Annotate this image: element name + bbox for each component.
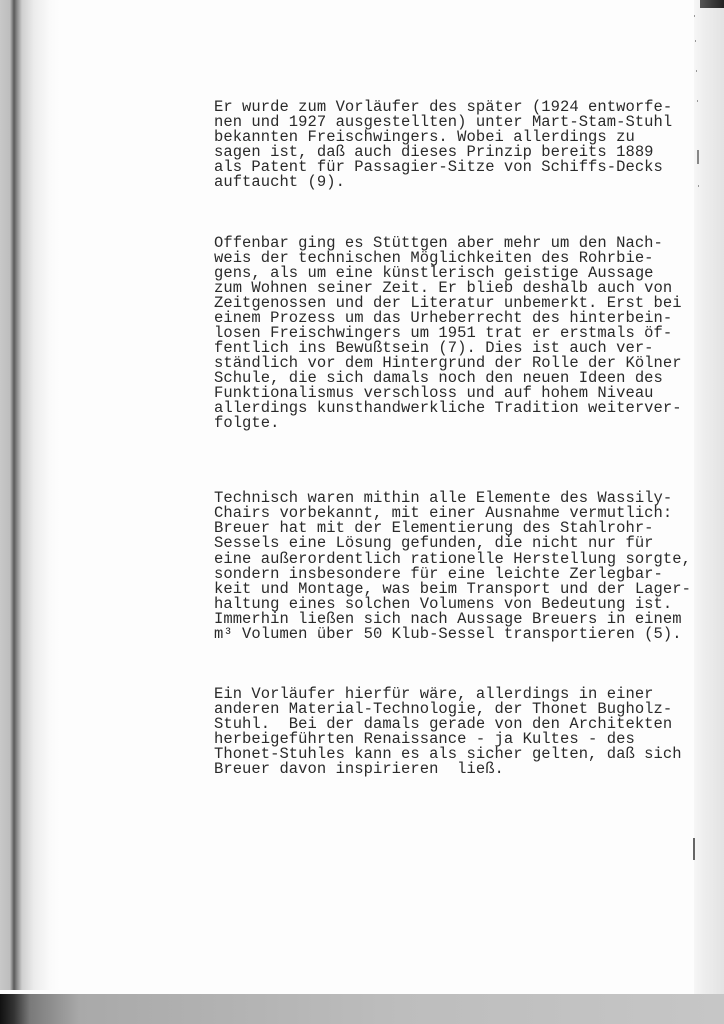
scanned-page: Er wurde zum Vorläufer des später (1924 …	[0, 0, 724, 1024]
paragraph: Er wurde zum Vorläufer des später (1924 …	[214, 100, 694, 190]
scan-speck	[694, 15, 695, 17]
page-corner-shadow	[700, 0, 724, 8]
paragraph: Offenbar ging es Stüttgen aber mehr um d…	[214, 236, 694, 432]
paragraph: Technisch waren mithin alle Elemente des…	[214, 491, 694, 641]
text-line: allerdings kunsthandwerkliche Tradition …	[214, 401, 694, 416]
text-line: Breuer davon inspirieren ließ.	[214, 762, 694, 777]
page-binding-shadow	[0, 0, 60, 990]
paragraph: Ein Vorläufer hierfür wäre, allerdings i…	[214, 687, 694, 777]
text-line: m³ Volumen über 50 Klub-Sessel transport…	[214, 627, 694, 642]
edge-mark	[693, 838, 695, 860]
edge-mark	[697, 150, 699, 164]
scan-speck	[698, 185, 699, 187]
text-line: auftaucht (9).	[214, 175, 694, 190]
scanner-bottom-edge	[0, 994, 724, 1024]
body-text: Er wurde zum Vorläufer des später (1924 …	[214, 70, 694, 807]
text-line: folgte.	[214, 416, 694, 431]
scan-speck	[697, 100, 698, 102]
scan-speck	[696, 70, 697, 72]
scan-speck	[695, 40, 696, 42]
